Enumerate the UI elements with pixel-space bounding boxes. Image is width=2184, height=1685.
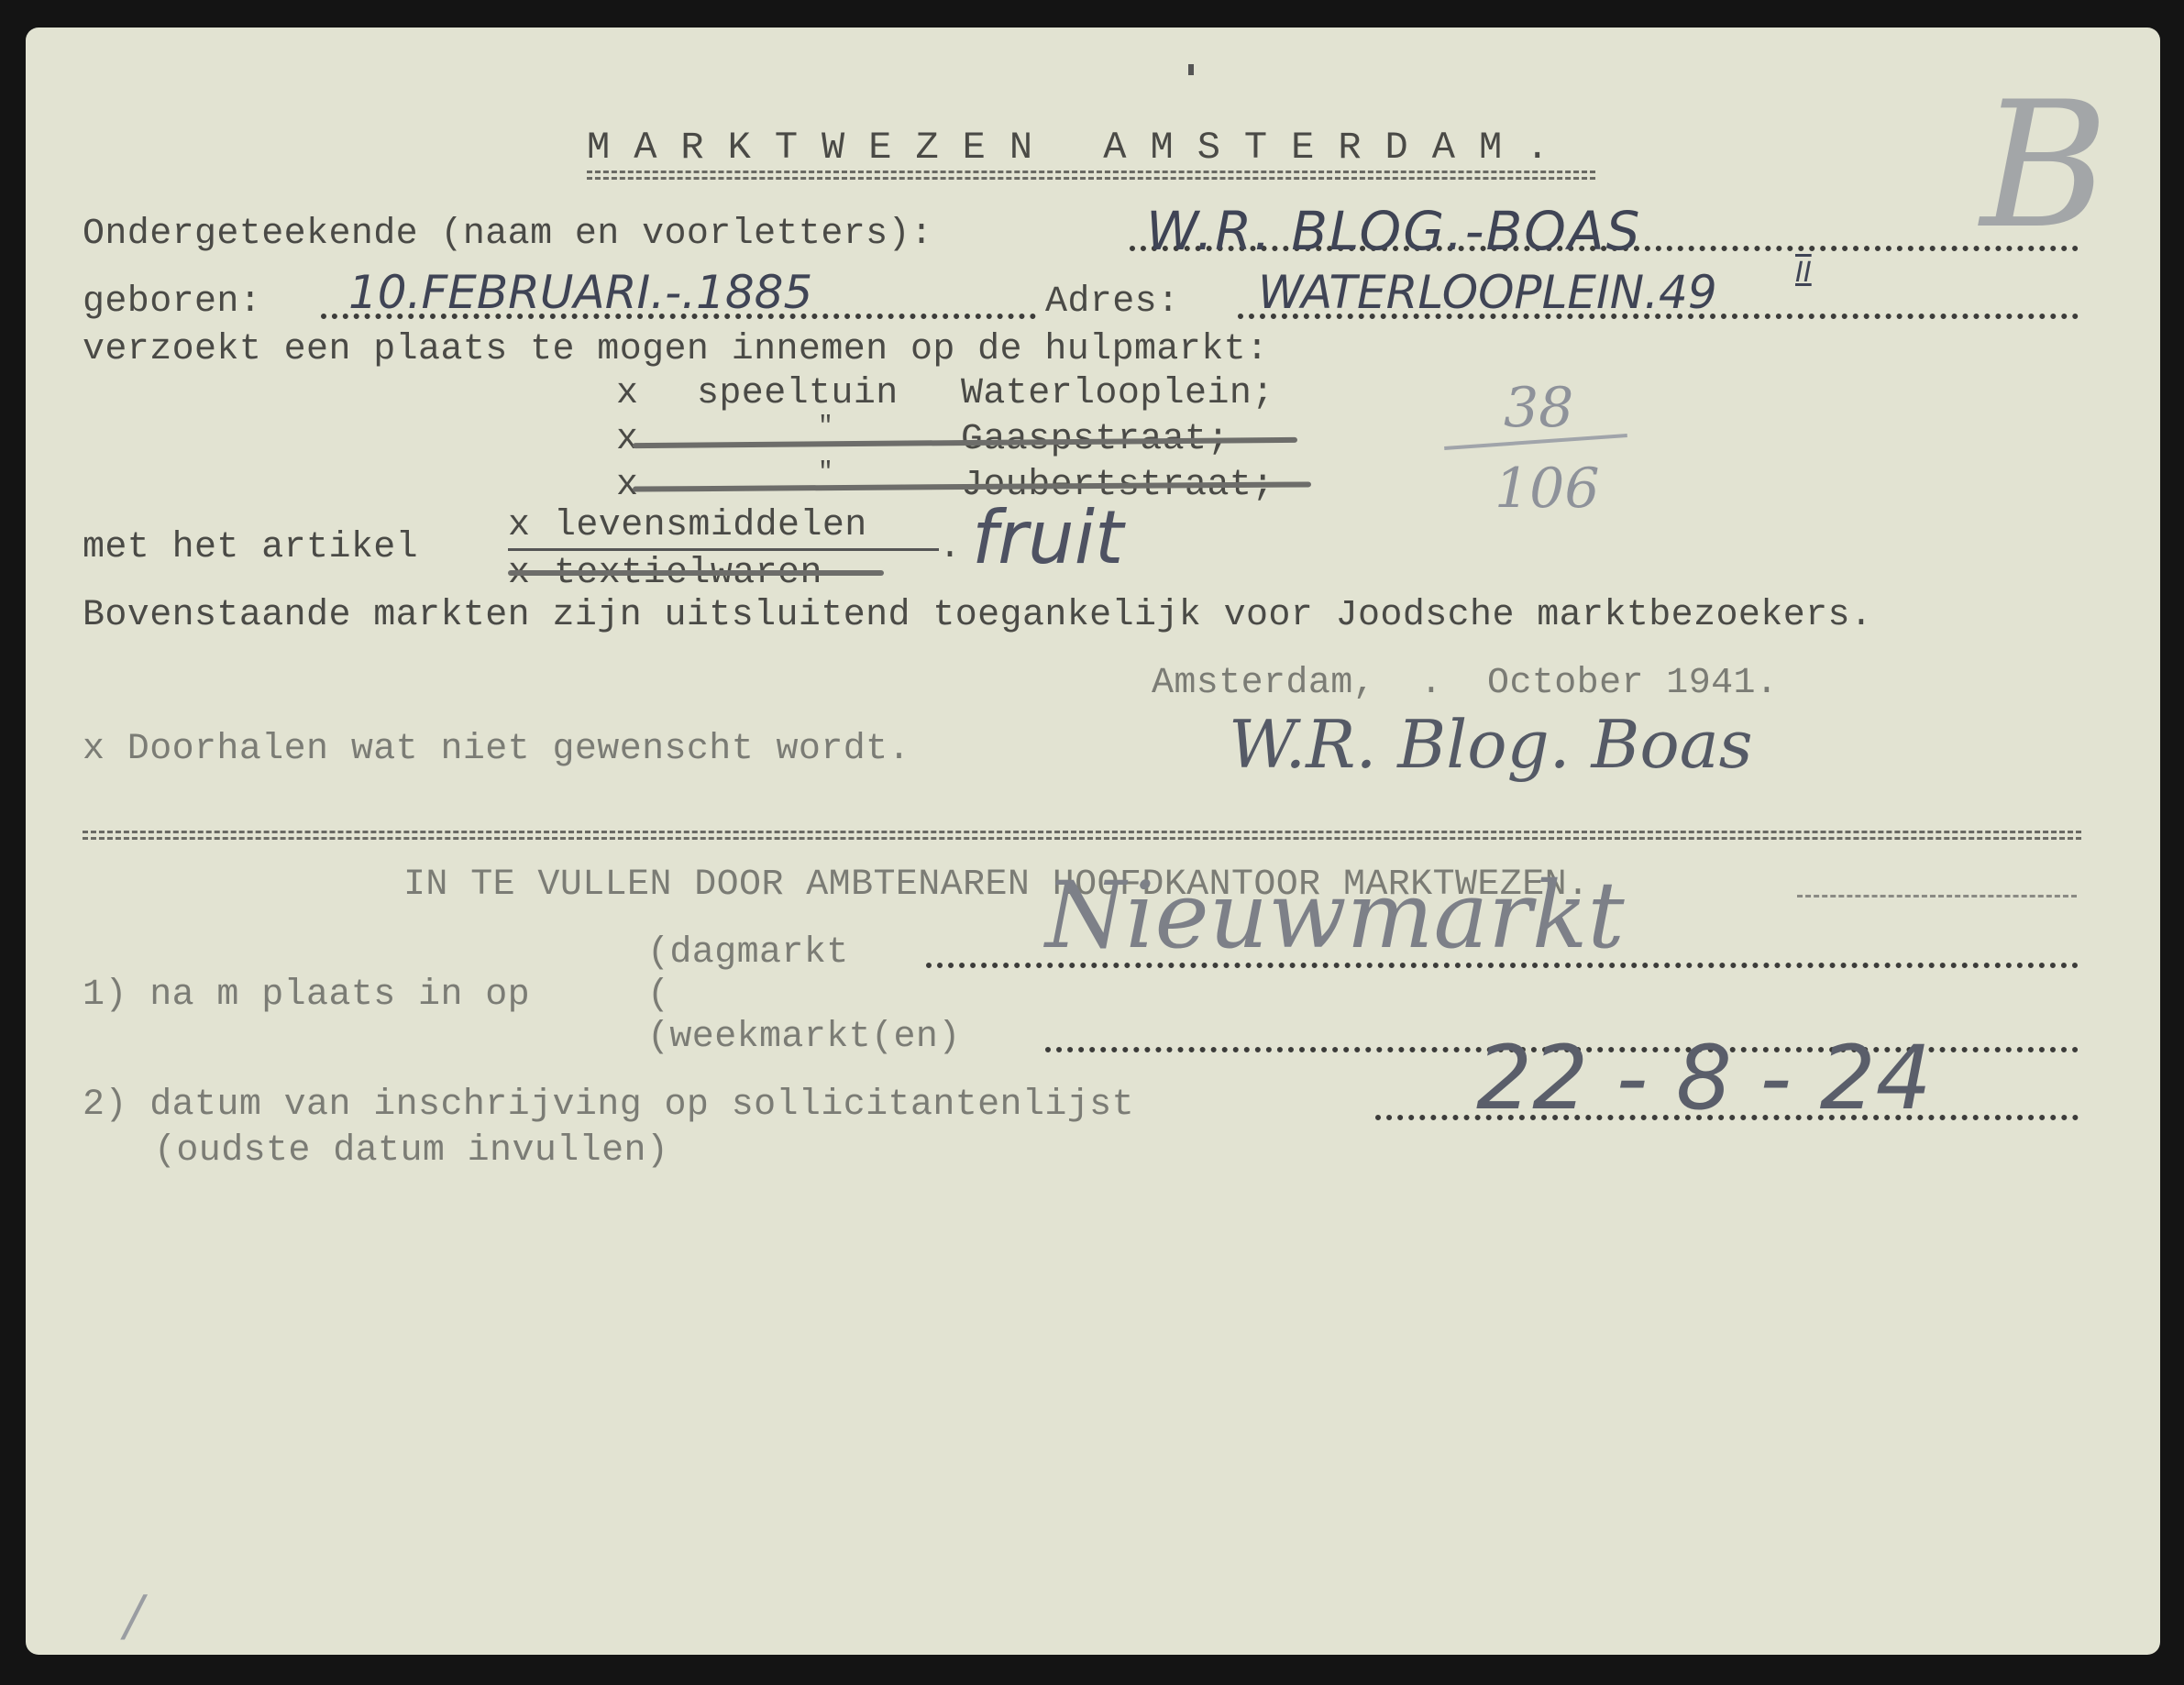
item2-value[interactable]: 22 - 8 - 24 [1476,1027,1932,1129]
article-name-1[interactable]: levensmiddelen [554,508,867,545]
article-period: . [939,530,961,567]
form-title: M A R K T W E Z E N A M S T E R D A M . [587,128,1550,167]
address-floor[interactable]: II [1795,257,1812,289]
dagmarkt-label: (dagmarkt [647,935,849,972]
market-permit-card [26,28,2160,1655]
market-marker-2: x [616,422,638,458]
item1-brace: ( [647,977,669,1014]
market-marker-1: x [616,376,638,413]
pencil-fraction-bottom: 106 [1495,457,1600,521]
item2-note: (oudste datum invullen) [154,1133,668,1170]
weekmarkt-label: (weekmarkt(en) [647,1019,961,1056]
born-value[interactable]: 10.FEBRUARI.-.1885 [348,266,812,319]
notice-text: Bovenstaande markten zijn uitsluitend to… [83,598,1872,634]
bottom-left-pencil-mark: / [125,1584,143,1648]
market-prefix-2: " [818,414,833,440]
pencil-fraction-top: 38 [1504,376,1573,440]
article-2-strikethrough [508,570,884,576]
place-date: Amsterdam, . October 1941. [1152,666,1778,702]
applicant-label: Ondergeteekende (naam en voorletters): [83,216,932,253]
signature: W.R. Blog. Boas [1229,706,1753,783]
address-value[interactable]: WATERLOOPLEIN.49 [1258,266,1717,319]
article-marker-1: x [508,508,530,545]
market-name-1[interactable]: Waterlooplein; [961,376,1274,413]
ink-speck [1188,64,1194,75]
article-divider [508,548,939,551]
pencil-corner-mark: B [1980,64,2109,267]
section-separator [83,831,2081,840]
item1-label: 1) na m plaats in op [83,977,530,1014]
market-prefix-1: speeltuin [697,376,899,413]
article-label: met het artikel [83,530,418,567]
item2-label: 2) datum van inschrijving op sollicitant… [83,1087,1134,1124]
address-label: Adres: [1045,284,1179,321]
official-header-dots [1797,895,2077,898]
strike-instruction: x Doorhalen wat niet gewenscht wordt. [83,732,910,768]
request-text: verzoekt een plaats te mogen innemen op … [83,332,1268,369]
market-prefix-3: " [818,460,833,486]
born-label: geboren: [83,284,261,321]
article-handwritten[interactable]: fruit [972,495,1123,580]
applicant-name[interactable]: W.R. BLOG.-BOAS [1146,200,1641,262]
title-double-underline [587,171,1595,180]
dagmarkt-value[interactable]: Nieuwmarkt [1045,862,1625,969]
